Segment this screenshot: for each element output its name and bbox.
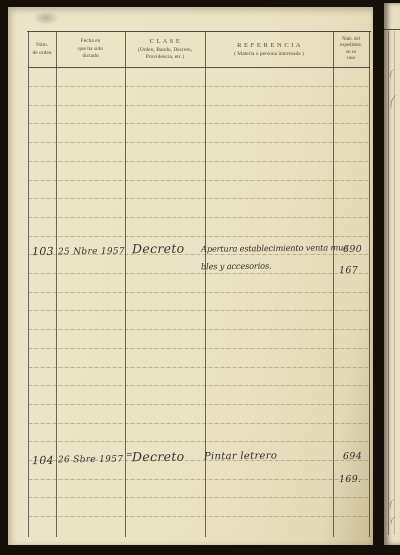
ruled-line <box>29 310 369 311</box>
scanned-ledger-page: Núm. de orden Fecha en que ha sido dicta… <box>8 7 373 545</box>
column-divider <box>369 32 370 537</box>
ruled-line <box>29 180 369 181</box>
partial-handwriting-mark <box>389 498 399 510</box>
ruled-line <box>29 497 369 498</box>
ruled-line <box>29 292 369 293</box>
ruled-line <box>29 329 369 330</box>
column-divider <box>333 32 334 537</box>
entry-expediente-num: 169. <box>339 474 361 485</box>
ruled-line <box>29 441 369 442</box>
entry-expediente-num: 167 <box>339 265 358 276</box>
ruled-line <box>29 479 369 480</box>
registry-table: Núm. de orden Fecha en que ha sido dicta… <box>28 31 370 537</box>
header-title: C L A S E <box>150 37 181 47</box>
column-divider <box>125 32 126 537</box>
partial-handwriting-mark <box>389 68 399 80</box>
entry-expediente-num: 690 <box>343 244 362 255</box>
column-header-expediente: Núm. del expediente, en su caso <box>333 32 369 67</box>
entry-fecha: 26 Sbre 1957 <box>58 455 123 466</box>
ruled-line <box>29 198 369 199</box>
header-line: Núm. <box>36 42 48 49</box>
adjacent-page-edge <box>384 3 400 545</box>
entry-clase: Decreto <box>132 241 185 257</box>
header-line: de orden <box>32 50 51 57</box>
entry-referencia-line: Pintar letrero <box>204 451 277 463</box>
partial-handwriting-mark <box>389 94 400 110</box>
adjacent-page-column-line <box>388 31 389 535</box>
entry-referencia-line: Apertura establecimiento venta mue <box>201 242 348 254</box>
header-line: dictado <box>82 53 98 60</box>
ruled-line <box>29 367 369 368</box>
ruled-line <box>29 86 369 87</box>
column-divider <box>56 32 57 537</box>
partial-handwriting-mark <box>390 516 400 526</box>
ruled-line <box>29 105 369 106</box>
ruled-line <box>29 423 369 424</box>
entry-num: 103 <box>32 245 54 258</box>
ruled-line <box>29 385 369 386</box>
adjacent-page-top-rule <box>384 29 400 30</box>
header-line: Providencia, etc.) <box>146 54 185 61</box>
column-header-referencia: R E F E R E N C I A ( Materia o persona … <box>205 32 333 67</box>
header-line: Fecha en <box>81 38 101 45</box>
header-bottom-border <box>28 67 370 68</box>
ruled-line <box>29 348 369 349</box>
column-header-clase: C L A S E (Orden, Bando, Decreto, Provid… <box>125 32 205 67</box>
ruled-line <box>29 142 369 143</box>
column-header-num-orden: Núm. de orden <box>28 32 56 67</box>
header-line: caso <box>347 56 356 62</box>
ruled-line <box>29 217 369 218</box>
column-header-fecha: Fecha en que ha sido dictado <box>56 32 125 67</box>
ruled-line <box>29 516 369 517</box>
header-line: que ha sido <box>78 46 103 53</box>
ruled-line <box>29 273 369 274</box>
ruled-line <box>29 236 369 237</box>
header-line: ( Materia o persona interesada ) <box>234 51 304 58</box>
column-divider <box>28 32 29 537</box>
entry-fecha: 25 Nbre 1957 <box>58 247 125 258</box>
ruled-line <box>29 161 369 162</box>
entry-expediente-num: 694 <box>343 451 362 462</box>
ruled-line <box>29 123 369 124</box>
pencil-smudge <box>33 11 59 25</box>
header-title: R E F E R E N C I A <box>237 41 301 51</box>
entry-referencia-line: bles y accesorios. <box>201 261 272 272</box>
entry-clase: Decreto <box>132 449 185 465</box>
ruled-line <box>29 404 369 405</box>
entry-num: 104 <box>32 454 54 467</box>
